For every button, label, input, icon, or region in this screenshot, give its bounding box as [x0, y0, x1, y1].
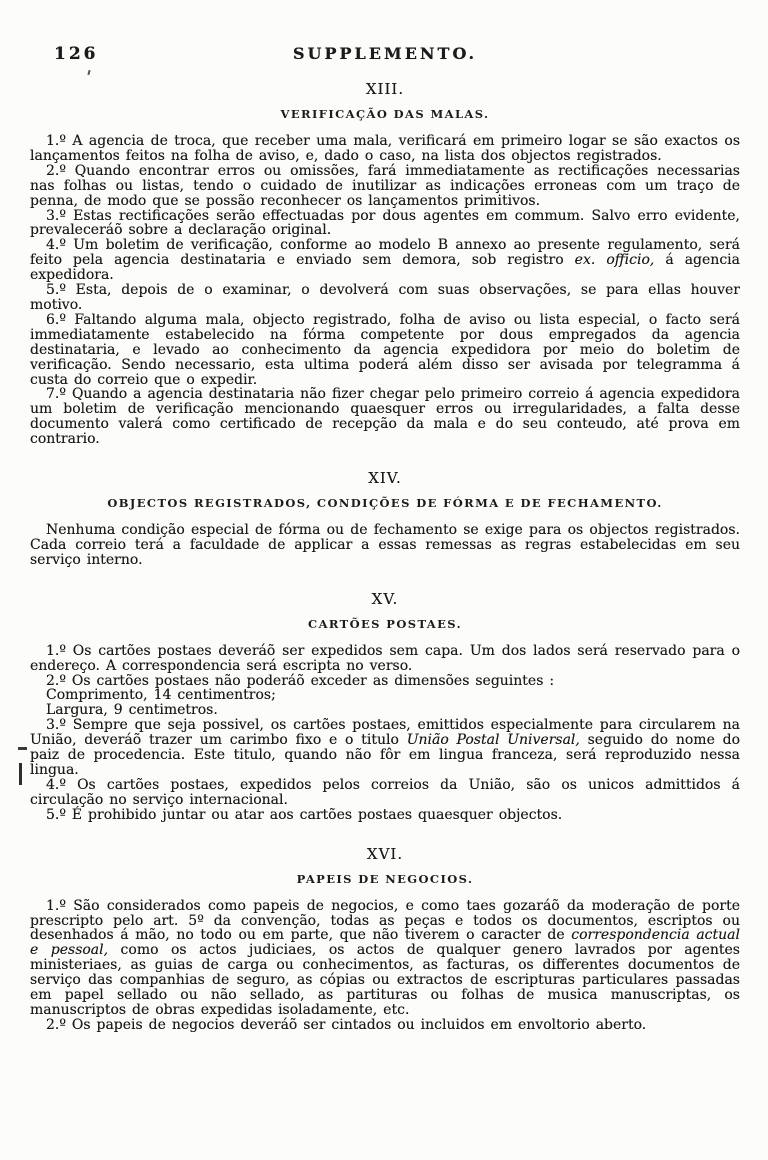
section: XIV.OBJECTOS REGISTRADOS, CONDIÇÕES DE F… [30, 469, 740, 568]
section: XIII.VERIFICAÇÃO DAS MALAS.1.º A agencia… [30, 80, 740, 447]
section-numeral: XIII. [30, 80, 740, 98]
text-run: 1.º A agencia de troca, que receber uma … [30, 133, 740, 164]
paragraph: 7.º Quando a agencia destinataria não fi… [30, 387, 740, 447]
text-run: Largura, 9 centimetros. [46, 702, 218, 718]
paragraph: 6.º Faltando alguma mala, objecto regist… [30, 313, 740, 388]
paragraph: 1.º São considerados como papeis de nego… [30, 899, 740, 1018]
section-numeral: XVI. [30, 845, 740, 863]
text-run: como os actos judiciaes, os actos de qua… [30, 942, 740, 1018]
scanned-document-page: 126 SUPPLEMENTO. XIII.VERIFICAÇÃO DAS MA… [0, 0, 768, 1160]
section-title: PAPEIS DE NEGOCIOS. [30, 872, 740, 886]
text-run: Comprimento, 14 centimentros; [46, 687, 276, 703]
italic-run: União Postal Universal, [407, 732, 580, 748]
paragraph: 4.º Um boletim de verificação, conforme … [30, 238, 740, 283]
text-run: 5.º Esta, depois de o examinar, o devolv… [30, 282, 740, 313]
paragraph: 2.º Os cartões postaes não poderáõ exced… [30, 674, 740, 689]
paragraph: 3.º Estas rectificações serão effectuada… [30, 209, 740, 239]
paragraph: 2.º Os papeis de negocios deveráõ ser ci… [30, 1018, 740, 1033]
page-content: 126 SUPPLEMENTO. XIII.VERIFICAÇÃO DAS MA… [30, 44, 740, 1033]
text-run: Nenhuma condição especial de fórma ou de… [30, 522, 740, 568]
text-run: 1.º Os cartões postaes deveráõ ser exped… [30, 643, 740, 674]
paragraph: 5.º É prohibido juntar ou atar aos cartõ… [30, 808, 740, 823]
page-number: 126 [54, 44, 99, 64]
section: XV.CARTÕES POSTAES.1.º Os cartões postae… [30, 590, 740, 823]
text-run: 4.º Os cartões postaes, expedidos pelos … [30, 777, 740, 808]
text-run: 6.º Faltando alguma mala, objecto regist… [30, 312, 740, 388]
section-title: VERIFICAÇÃO DAS MALAS. [30, 107, 740, 121]
text-run: 2.º Os cartões postaes não poderáõ exced… [46, 673, 554, 689]
text-run: 2.º Os papeis de negocios deveráõ ser ci… [46, 1017, 646, 1033]
section-title: CARTÕES POSTAES. [30, 617, 740, 631]
paragraph: 1.º A agencia de troca, que receber uma … [30, 134, 740, 164]
section-title: OBJECTOS REGISTRADOS, CONDIÇÕES DE FÓRMA… [30, 496, 740, 510]
scan-artifact-dash [18, 747, 27, 750]
paragraph: 1.º Os cartões postaes deveráõ ser exped… [30, 644, 740, 674]
page-header-row: 126 SUPPLEMENTO. [30, 44, 740, 68]
text-run: 5.º É prohibido juntar ou atar aos cartõ… [46, 807, 562, 823]
text-run: 3.º Estas rectificações serão effectuada… [30, 208, 740, 239]
paragraph: Comprimento, 14 centimentros; [30, 688, 740, 703]
paragraph: 2.º Quando encontrar erros ou omissões, … [30, 164, 740, 209]
section-numeral: XV. [30, 590, 740, 608]
paragraph: 3.º Sempre que seja possivel, os cartões… [30, 718, 740, 778]
document-title: SUPPLEMENTO. [30, 44, 740, 63]
paragraph: Nenhuma condição especial de fórma ou de… [30, 523, 740, 568]
paragraph: 5.º Esta, depois de o examinar, o devolv… [30, 283, 740, 313]
text-run: 7.º Quando a agencia destinataria não fi… [30, 386, 740, 447]
sections-container: XIII.VERIFICAÇÃO DAS MALAS.1.º A agencia… [30, 80, 740, 1033]
scan-artifact-bar [19, 763, 22, 785]
italic-run: ex. officio, [575, 252, 655, 268]
paragraph: 4.º Os cartões postaes, expedidos pelos … [30, 778, 740, 808]
section-numeral: XIV. [30, 469, 740, 487]
text-run: 2.º Quando encontrar erros ou omissões, … [30, 163, 740, 209]
section: XVI.PAPEIS DE NEGOCIOS.1.º São considera… [30, 845, 740, 1033]
